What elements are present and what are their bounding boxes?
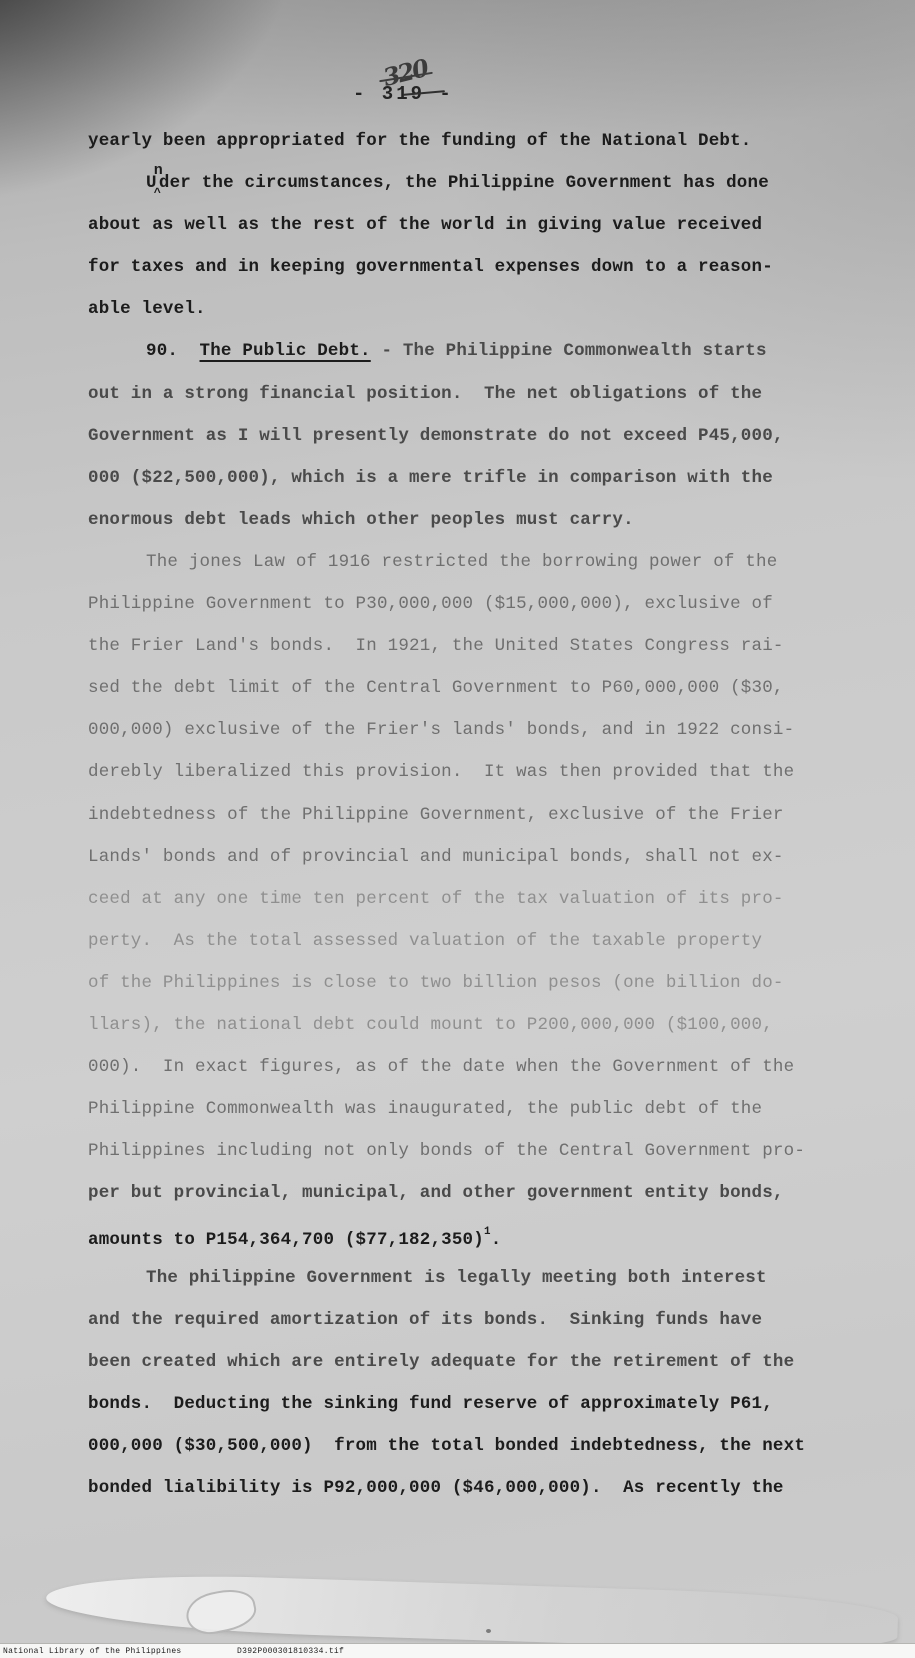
text-segment: llars), the national debt could mount to… [88,1015,773,1035]
text-line: Under the circumstances, the Philippine … [88,162,812,204]
text-segment: about as well as the rest of the world i… [88,215,762,235]
text-segment: for taxes and in keeping governmental ex… [88,257,773,277]
text-line: 000 ($22,500,000), which is a mere trifl… [88,457,812,499]
text-line: able level. [88,288,812,330]
page-fold-artifact [45,1571,898,1654]
text-line: ceed at any one time ten percent of the … [88,878,812,920]
text-segment: The jones Law of 1916 restricted the bor… [146,552,777,572]
text-segment: n [154,150,163,192]
text-segment: 000 ($22,500,000), which is a mere trifl… [88,468,773,488]
text-line: derebly liberalized this provision. It w… [88,751,812,793]
text-line: out in a strong financial position. The … [88,373,812,415]
scan-footer-bar: National Library of the Philippines D392… [0,1643,915,1658]
text-segment: 1 [484,1226,491,1238]
text-line: Government as I will presently demonstra… [88,415,812,457]
text-line: of the Philippines is close to two billi… [88,962,812,1004]
text-line: enormous debt leads which other peoples … [88,499,812,541]
text-line: for taxes and in keeping governmental ex… [88,246,812,288]
text-segment: able level. [88,299,206,319]
text-segment: indebtedness of the Philippine Governmen… [88,805,784,825]
text-line: bonded lialibility is P92,000,000 ($46,0… [88,1467,812,1509]
text-line: sed the debt limit of the Central Govern… [88,667,812,709]
text-line: yearly been appropriated for the funding… [88,120,812,162]
text-segment: ceed at any one time ten percent of the … [88,889,784,909]
text-line: perty. As the total assessed valuation o… [88,920,812,962]
text-segment: Government as I will presently demonstra… [88,426,784,446]
footer-filename: D392P000301810334.tif [237,1647,344,1656]
text-segment: 000,000 ($30,500,000) from the total bon… [88,1436,805,1456]
text-segment: Philippines including not only bonds of … [88,1141,805,1161]
text-line: 000). In exact figures, as of the date w… [88,1046,812,1088]
text-segment: 000,000) exclusive of the Frier's lands'… [88,720,794,740]
text-line: and the required amortization of its bon… [88,1299,812,1341]
text-segment: and the required amortization of its bon… [88,1310,762,1330]
text-line: The jones Law of 1916 restricted the bor… [88,541,812,583]
scan-speck [486,1629,491,1633]
text-line: 000,000 ($30,500,000) from the total bon… [88,1425,812,1467]
text-line: Philippines including not only bonds of … [88,1130,812,1172]
text-segment: out in a strong financial position. The … [88,384,762,404]
text-line: about as well as the rest of the world i… [88,204,812,246]
text-segment: Philippine Government to P30,000,000 ($1… [88,594,773,614]
typewritten-text-block: yearly been appropriated for the funding… [88,120,812,1509]
text-segment: enormous debt leads which other peoples … [88,510,634,530]
text-line: been created which are entirely adequate… [88,1341,812,1383]
text-line: amounts to P154,364,700 ($77,182,350)1. [88,1214,812,1256]
text-line: Lands' bonds and of provincial and munic… [88,836,812,878]
text-segment: Lands' bonds and of provincial and munic… [88,847,784,867]
text-line: Philippine Commonwealth was inaugurated,… [88,1088,812,1130]
text-segment: 000). In exact figures, as of the date w… [88,1057,794,1077]
text-segment: Philippine Commonwealth was inaugurated,… [88,1099,762,1119]
text-line: Philippine Government to P30,000,000 ($1… [88,583,812,625]
text-segment: yearly been appropriated for the funding… [88,131,752,151]
text-line: llars), the national debt could mount to… [88,1004,812,1046]
text-segment: sed the debt limit of the Central Govern… [88,678,784,698]
text-segment: The philippine Government is legally mee… [146,1268,767,1288]
text-segment: bonds. Deducting the sinking fund reserv… [88,1394,773,1414]
text-line: The philippine Government is legally mee… [88,1257,812,1299]
text-line: bonds. Deducting the sinking fund reserv… [88,1383,812,1425]
text-line: indebtedness of the Philippine Governmen… [88,794,812,836]
text-line: per but provincial, municipal, and other… [88,1172,812,1214]
text-segment: derebly liberalized this provision. It w… [88,762,794,782]
text-line: 90. The Public Debt. - The Philippine Co… [88,330,812,372]
footer-library-label: National Library of the Philippines [3,1647,182,1656]
text-segment: 90. [146,341,178,361]
text-segment: bonded lialibility is P92,000,000 ($46,0… [88,1478,784,1498]
text-line: 000,000) exclusive of the Frier's lands'… [88,709,812,751]
text-segment [178,341,199,361]
text-segment: perty. As the total assessed valuation o… [88,931,762,951]
scanned-document-page: 320 - 319 - yearly been appropriated for… [0,0,915,1658]
text-segment: The Public Debt. [200,341,371,361]
text-line: the Frier Land's bonds. In 1921, the Uni… [88,625,812,667]
text-segment: been created which are entirely adequate… [88,1352,794,1372]
text-segment: of the Philippines is close to two billi… [88,973,784,993]
text-segment: . [491,1230,502,1250]
text-segment: - The Philippine Commonwealth starts [371,341,767,361]
text-segment: the Frier Land's bonds. In 1921, the Uni… [88,636,784,656]
text-segment: per but provincial, municipal, and other… [88,1183,784,1203]
text-segment: amounts to P154,364,700 ($77,182,350) [88,1230,484,1250]
text-segment: der the circumstances, the Philippine Go… [159,173,769,193]
